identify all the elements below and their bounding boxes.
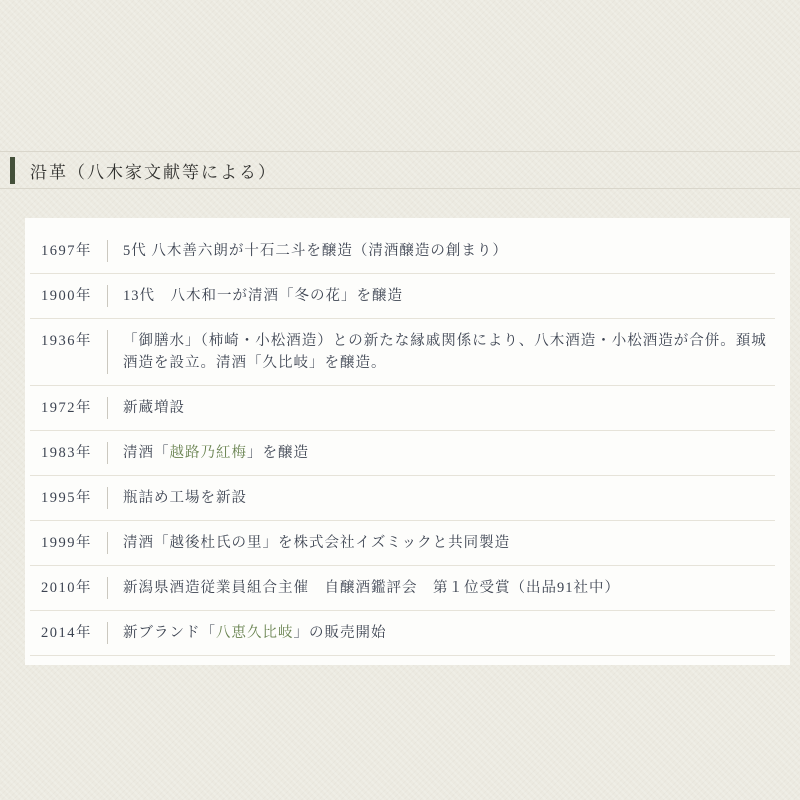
year-cell: 1983年: [30, 442, 107, 464]
year-cell: 1936年: [30, 330, 107, 374]
year-cell: 1999年: [30, 532, 107, 554]
table-row: 1999年 清酒「越後杜氏の里」を株式会社イズミックと共同製造: [30, 521, 775, 566]
year-cell: 2014年: [30, 622, 107, 644]
section-header: 沿革（八木家文献等による）: [0, 151, 800, 189]
description-cell: 清酒「越後杜氏の里」を株式会社イズミックと共同製造: [107, 532, 775, 554]
description-cell: 13代 八木和一が清酒「冬の花」を醸造: [107, 285, 775, 307]
page-background: { "colors": { "background": "#ECEAE1", "…: [0, 0, 800, 800]
history-card: 1697年 5代 八木善六朗が十石二斗を醸造（清酒醸造の創まり） 1900年 1…: [25, 218, 790, 665]
year-cell: 1697年: [30, 240, 107, 262]
description-text: 」の販売開始: [294, 625, 387, 641]
table-row: 1900年 13代 八木和一が清酒「冬の花」を醸造: [30, 274, 775, 319]
year-cell: 1972年: [30, 397, 107, 419]
description-cell: 清酒「越路乃紅梅」を醸造: [107, 442, 775, 464]
table-row: 1972年 新蔵増設: [30, 386, 775, 431]
table-row: 1936年 「御膳水」（柿崎・小松酒造）との新たな縁戚関係により、八木酒造・小松…: [30, 319, 775, 386]
description-text: 新蔵増設: [123, 400, 185, 416]
table-row: 2014年 新ブランド「八恵久比岐」の販売開始: [30, 611, 775, 656]
accent-bar-icon: [10, 157, 15, 184]
description-cell: 「御膳水」（柿崎・小松酒造）との新たな縁戚関係により、八木酒造・小松酒造が合併。…: [107, 330, 775, 374]
description-cell: 新潟県酒造従業員組合主催 自醸酒鑑評会 第１位受賞（出品91社中）: [107, 577, 775, 599]
table-row: 1995年 瓶詰め工場を新設: [30, 476, 775, 521]
table-row: 1983年 清酒「越路乃紅梅」を醸造: [30, 431, 775, 476]
year-cell: 1900年: [30, 285, 107, 307]
description-cell: 瓶詰め工場を新設: [107, 487, 775, 509]
product-link[interactable]: 越路乃紅梅: [170, 445, 248, 461]
year-cell: 2010年: [30, 577, 107, 599]
description-cell: 新ブランド「八恵久比岐」の販売開始: [107, 622, 775, 644]
description-cell: 5代 八木善六朗が十石二斗を醸造（清酒醸造の創まり）: [107, 240, 775, 262]
description-text: 清酒「: [123, 445, 170, 461]
description-text: 新ブランド「: [123, 625, 216, 641]
table-row: 1697年 5代 八木善六朗が十石二斗を醸造（清酒醸造の創まり）: [30, 229, 775, 274]
description-text: 」を醸造: [247, 445, 309, 461]
description-text: 13代 八木和一が清酒「冬の花」を醸造: [123, 288, 403, 304]
year-cell: 1995年: [30, 487, 107, 509]
description-text: 5代 八木善六朗が十石二斗を醸造（清酒醸造の創まり）: [123, 243, 508, 259]
product-link[interactable]: 八恵久比岐: [216, 625, 294, 641]
section-title: 沿革（八木家文献等による）: [30, 158, 277, 183]
description-text: 瓶詰め工場を新設: [123, 490, 247, 506]
description-text: 清酒「越後杜氏の里」を株式会社イズミックと共同製造: [123, 535, 510, 551]
description-text: 新潟県酒造従業員組合主催 自醸酒鑑評会 第１位受賞（出品91社中）: [123, 580, 620, 596]
table-row: 2010年 新潟県酒造従業員組合主催 自醸酒鑑評会 第１位受賞（出品91社中）: [30, 566, 775, 611]
description-cell: 新蔵増設: [107, 397, 775, 419]
description-text: 「御膳水」（柿崎・小松酒造）との新たな縁戚関係により、八木酒造・小松酒造が合併。…: [123, 333, 767, 371]
